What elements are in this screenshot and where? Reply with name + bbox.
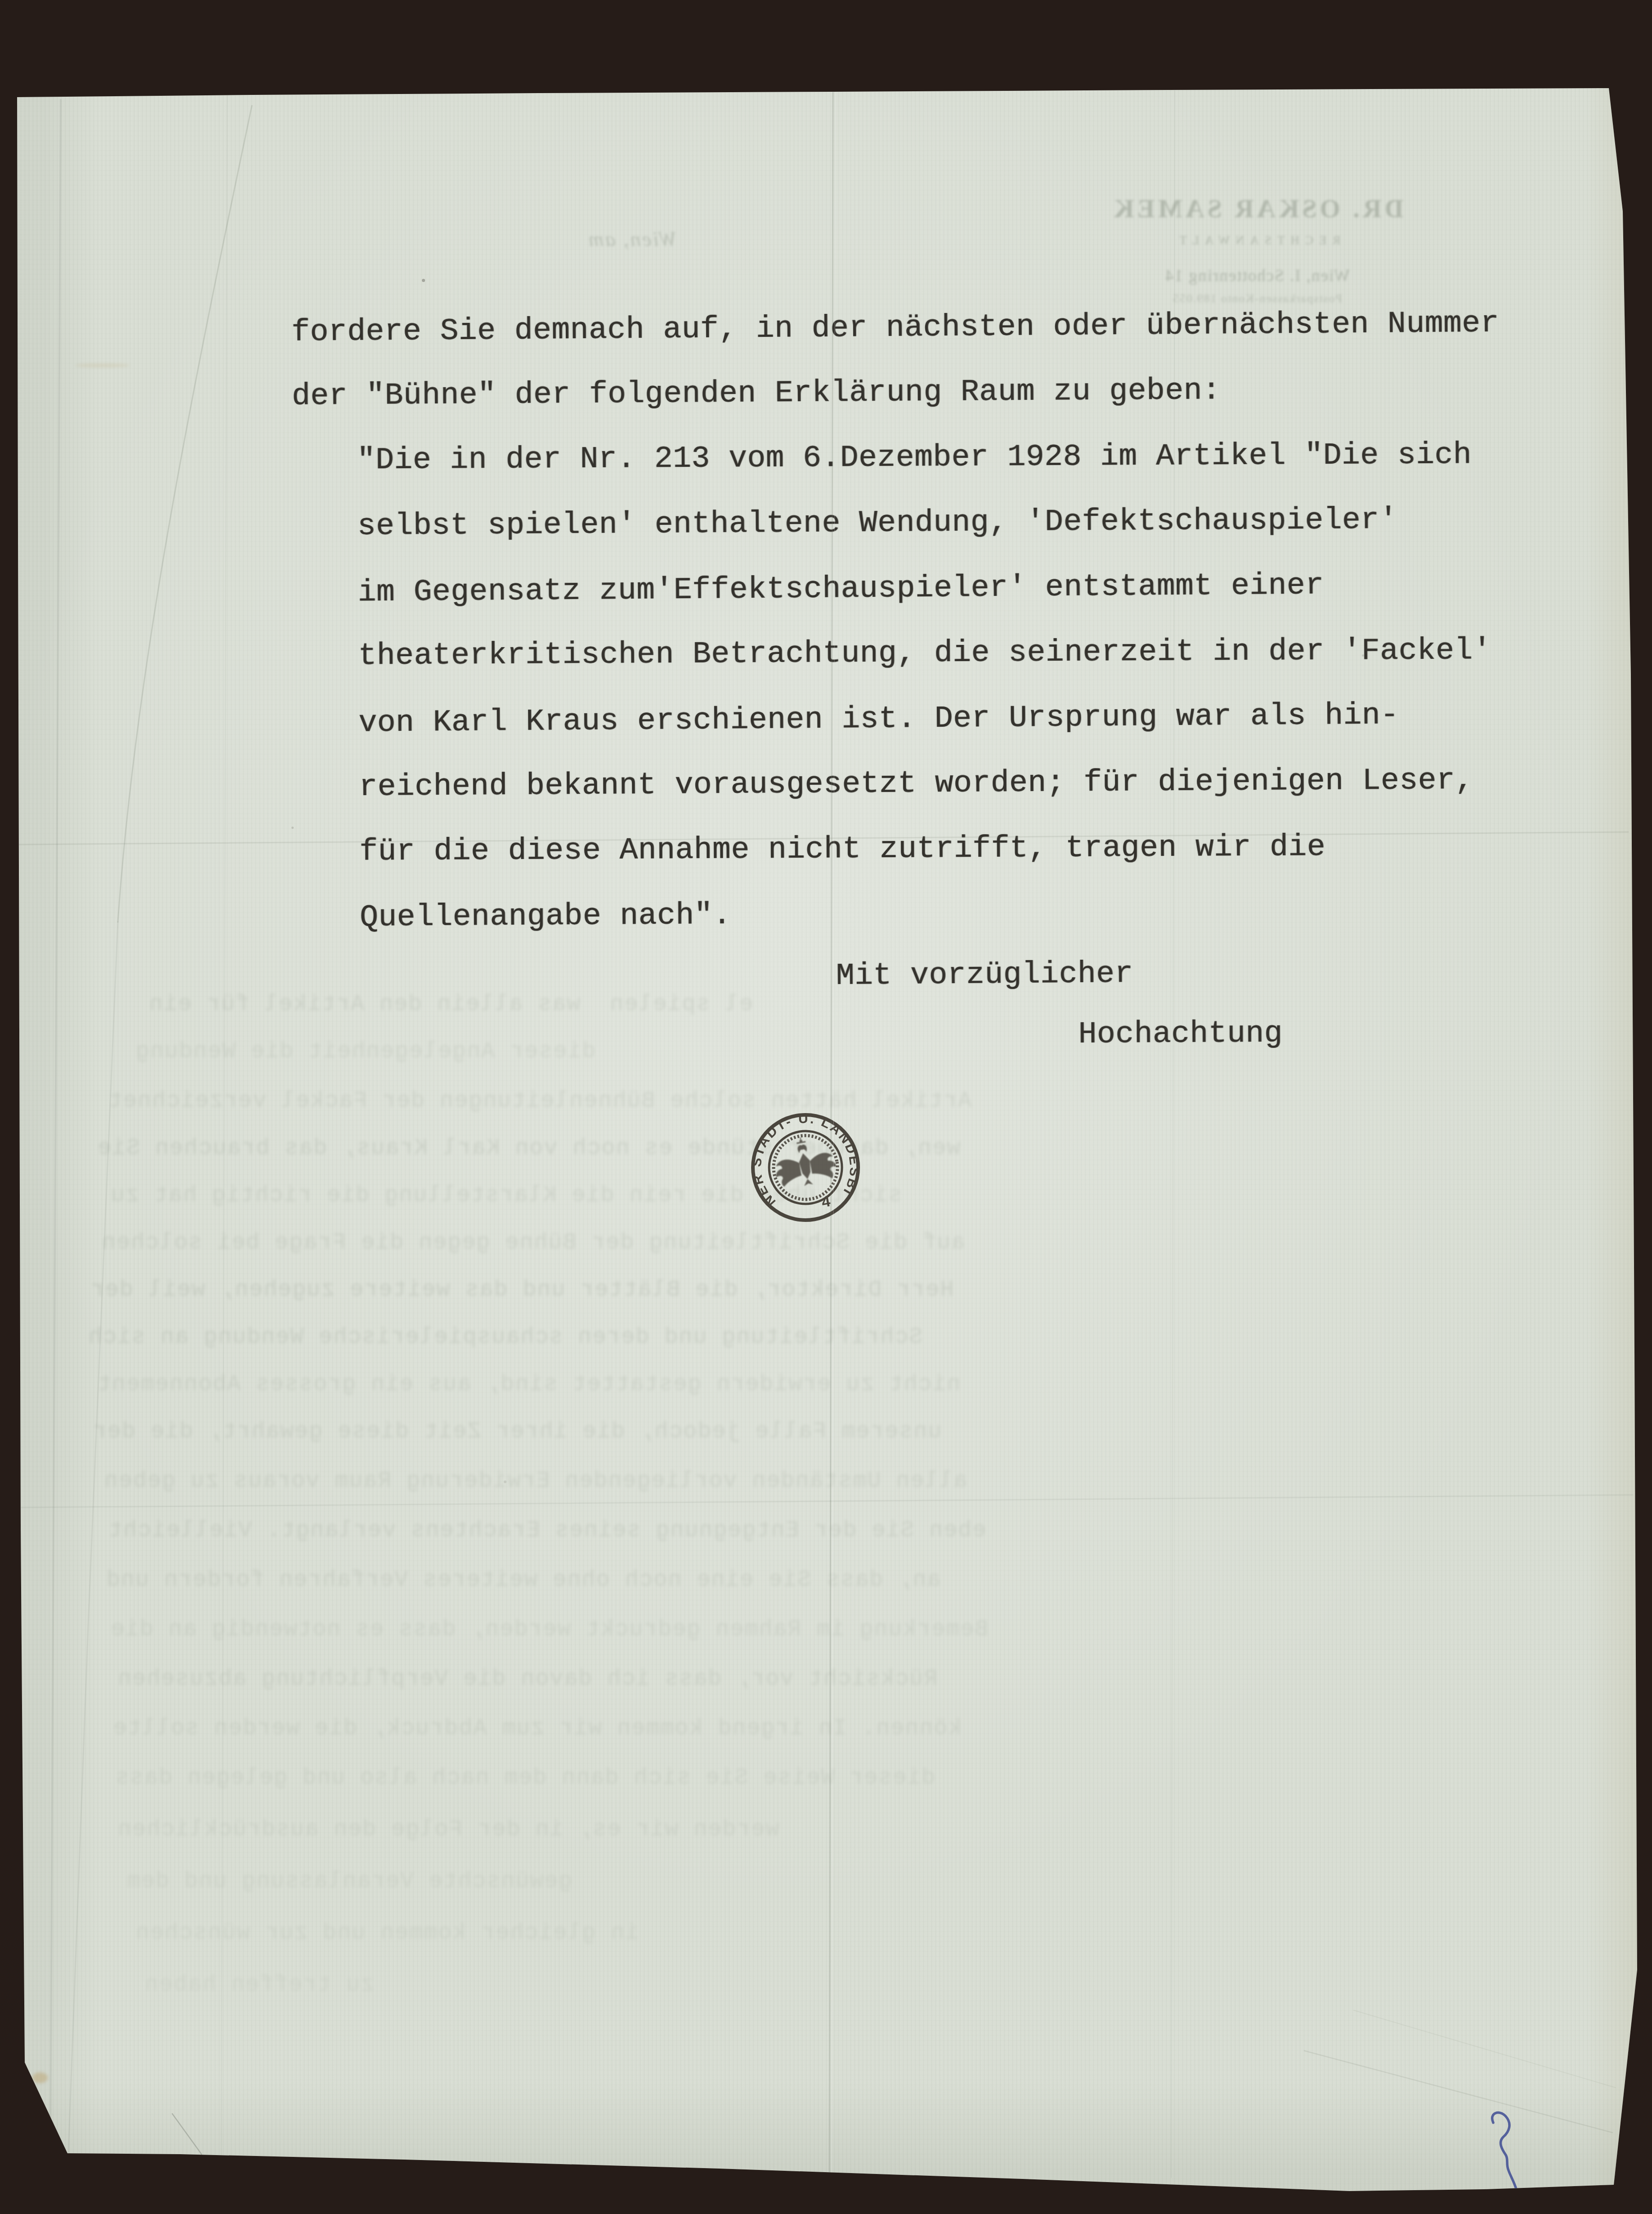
- typed-line: selbst spielen' enthaltene Wendung, 'Def…: [357, 505, 1398, 542]
- typed-line: theaterkritischen Betrachtung, die seine…: [358, 635, 1491, 671]
- paper-speck: [291, 827, 294, 829]
- typed-line: Mit vorzüglicher: [836, 959, 1133, 992]
- typed-line: der "Bühne" der folgenden Erklärung Raum…: [292, 376, 1221, 412]
- typed-line: im Gegensatz zum'Effektschauspieler' ent…: [358, 571, 1324, 608]
- paper-stain: [32, 2072, 48, 2083]
- paper-speck: [1362, 654, 1364, 657]
- paper-speck: [422, 279, 425, 282]
- typed-line: für die diese Annahme nicht zutrifft, tr…: [359, 832, 1325, 867]
- typed-line: reichend bekannt vorausgesetzt worden; f…: [359, 765, 1474, 803]
- scanned-letter-photo: DR. OSKAR SAMEK RECHTSANWALT Wien, I. Sc…: [0, 0, 1652, 2214]
- typed-line: Quellenangabe nach".: [360, 900, 732, 933]
- typed-line: "Die in der Nr. 213 vom 6.Dezember 1928 …: [357, 440, 1472, 476]
- paper-speck: [504, 1480, 506, 1483]
- pen-mark: [1480, 2108, 1543, 2203]
- letter-paper: DR. OSKAR SAMEK RECHTSANWALT Wien, I. Sc…: [0, 0, 1652, 2214]
- typed-line: fordere Sie demnach auf, in der nächsten…: [291, 309, 1499, 348]
- library-stamp: WIENER STADT- U. LANDESBIBL. 4: [739, 1101, 873, 1234]
- typed-line: von Karl Kraus erschienen ist. Der Urspr…: [358, 700, 1399, 738]
- paper-stain: [76, 363, 130, 367]
- typed-line: Hochachtung: [1078, 1019, 1283, 1050]
